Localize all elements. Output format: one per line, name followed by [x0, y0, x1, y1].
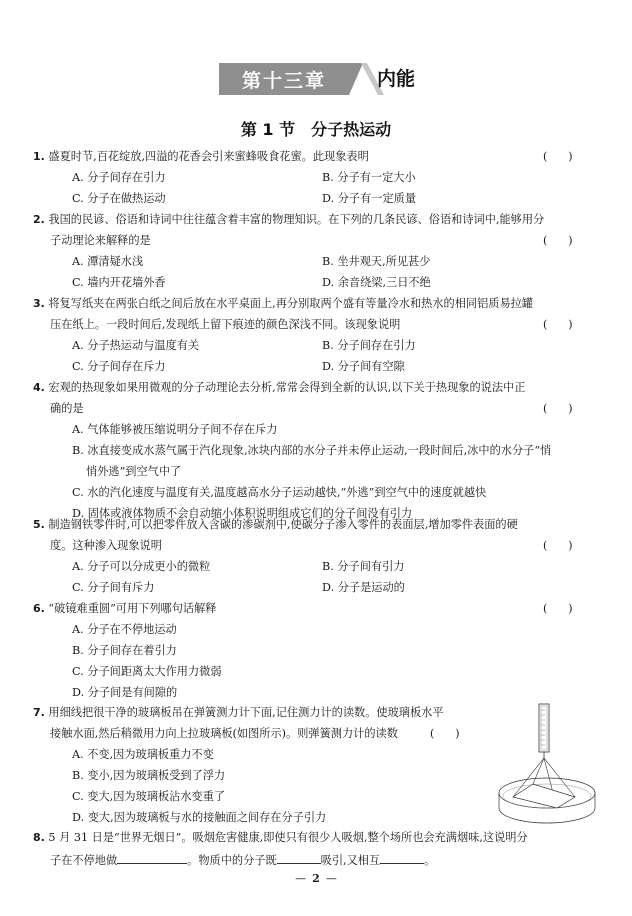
option-label: D. [72, 811, 84, 824]
option-c: C. 墙内开花墙外香 [72, 276, 166, 290]
option-d: D. 变大,因为玻璃板与水的接触面之间存在分子引力 [72, 811, 326, 825]
answer-paren[interactable]: ( ) [543, 539, 573, 552]
option-label: A. [72, 560, 84, 573]
option-text: 水的汽化速度与温度有关,温度越高水分子运动越快,“外逃”到空气中的速度就越快 [87, 486, 486, 499]
page-number-value: 2 [312, 872, 320, 885]
option-text: 分子有一定大小 [337, 171, 415, 184]
option-text: 不变,因为玻璃板重力不变 [87, 748, 214, 761]
option-d: D. 余音绕梁,三日不绝 [322, 276, 431, 290]
fill-blank-3[interactable] [380, 852, 424, 864]
stem-text: 。 [424, 854, 435, 867]
option-text: 分子间距离太大作用力微弱 [87, 665, 221, 678]
dash: — [295, 872, 306, 885]
option-b: B. 变小,因为玻璃板受到了浮力 [72, 769, 225, 783]
option-text: 分子间有引力 [337, 560, 404, 573]
option-text: 分子间存在引力 [337, 339, 415, 352]
option-c: C. 分子间存在斥力 [72, 360, 166, 374]
option-label: B. [322, 255, 334, 268]
option-label: D. [322, 276, 334, 289]
spring-scale-figure [495, 700, 600, 825]
option-d: D. 分子间有空隙 [322, 360, 405, 374]
option-label: A. [72, 339, 84, 352]
option-text: 分子在做热运动 [87, 192, 165, 205]
option-text: 墙内开花墙外香 [87, 276, 165, 289]
option-c: C. 分子间有斥力 [72, 581, 154, 595]
question-stem-cont: 压在纸上。一段时间后,发现纸上留下痕迹的颜色深浅不同。该现象说明 [50, 318, 400, 332]
option-label: C. [72, 486, 84, 499]
option-text: 分子可以分成更小的微粒 [87, 560, 210, 573]
option-label: D. [72, 686, 84, 699]
option-text: 分子热运动与温度有关 [87, 339, 199, 352]
question-number: 4. [33, 381, 45, 394]
question-number: 8. [33, 831, 45, 844]
option-text: 变小,因为玻璃板受到了浮力 [87, 769, 225, 782]
option-label: D. [322, 360, 334, 373]
option-text: 分子间有斥力 [87, 581, 154, 594]
option-b-cont: 悄外逃”到空气中了 [86, 465, 181, 479]
question-stem: 我国的民谚、俗语和诗词中往往蕴含着丰富的物理知识。在下列的几条民谚、俗语和诗词中… [48, 213, 544, 226]
option-label: C. [72, 665, 84, 678]
option-label: D. [322, 192, 334, 205]
question-number: 3. [33, 297, 45, 310]
question-number: 1. [33, 150, 45, 163]
option-b: B. 冰直接变成水蒸气属于汽化现象,冰块内部的水分子并未停止运动,一段时间后,冰… [72, 444, 551, 458]
option-label: A. [72, 171, 84, 184]
chapter-number: 第十三章 [219, 63, 349, 95]
option-text: 余音绕梁,三日不绝 [338, 276, 431, 289]
question-stem: “破镜难重圆”可用下列哪句话解释 [48, 602, 216, 615]
section-name: 分子热运动 [311, 120, 391, 139]
fill-blank-2[interactable] [277, 852, 321, 864]
option-c: C. 变大,因为玻璃板沾水变重了 [72, 790, 225, 804]
option-label: B. [72, 444, 84, 457]
option-a: A. 潭清疑水浅 [72, 255, 143, 269]
option-b: B. 分子有一定大小 [322, 171, 416, 185]
question-stem: 5 月 31 日是“世界无烟日”。吸烟危害健康,即使只有很少人吸烟,整个场所也会… [48, 831, 527, 844]
question-number: 6. [33, 602, 45, 615]
option-a: A. 分子间存在引力 [72, 171, 166, 185]
question-number: 2. [33, 213, 45, 226]
option-a: A. 分子可以分成更小的微粒 [72, 560, 210, 574]
option-text: 分子间存在着引力 [87, 644, 177, 657]
section-number: 第 1 节 [241, 120, 295, 139]
option-d: D. 分子间是有间隙的 [72, 686, 177, 700]
question-stem: 将复写纸夹在两张白纸之间后放在水平桌面上,再分别取两个盛有等量冷水和热水的相同铝… [48, 297, 533, 310]
option-text: 变大,因为玻璃板与水的接触面之间存在分子引力 [88, 811, 327, 824]
question-stem: 用细线把很干净的玻璃板吊在弹簧测力计下面,记住测力计的读数。使玻璃板水平 [48, 706, 443, 719]
question-stem-cont: 子在不停地做。物质中的分子既吸引,又相互。 [50, 852, 435, 868]
option-text: 分子间有空隙 [338, 360, 405, 373]
option-text: 变大,因为玻璃板沾水变重了 [87, 790, 225, 803]
dash: — [326, 872, 337, 885]
question-stem: 盛夏时节,百花绽放,四溢的花香会引来蜜蜂吸食花蜜。此现象表明 [48, 150, 368, 163]
question-stem-cont: 子动理论来解释的是 [50, 234, 151, 248]
option-text: 气体能够被压缩说明分子间不存在斥力 [87, 423, 277, 436]
option-label: C. [72, 790, 84, 803]
option-label: A. [72, 423, 84, 436]
option-label: A. [72, 748, 84, 761]
option-text: 分子间是有间隙的 [88, 686, 178, 699]
option-text: 冰直接变成水蒸气属于汽化现象,冰块内部的水分子并未停止运动,一段时间后,冰中的水… [87, 444, 551, 457]
option-d: D. 分子是运动的 [322, 581, 405, 595]
option-text: 分子是运动的 [338, 581, 405, 594]
answer-paren[interactable]: ( ) [543, 234, 573, 247]
answer-paren[interactable]: ( ) [543, 318, 573, 331]
option-b: B. 分子间存在着引力 [72, 644, 177, 658]
question-stem: 宏观的热现象如果用微观的分子动理论去分析,常常会得到全新的认识,以下关于热现象的… [48, 381, 525, 394]
answer-paren[interactable]: ( ) [543, 150, 573, 163]
fill-blank-1[interactable] [117, 852, 187, 864]
option-text: 分子间存在斥力 [87, 360, 165, 373]
option-text: 分子在不停地运动 [87, 623, 177, 636]
question-stem-cont: 接触水面,然后稍微用力向上拉玻璃板(如图所示)。则弹簧测力计的读数 [50, 727, 398, 741]
option-label: B. [322, 171, 334, 184]
question-stem-cont: 确的是 [50, 402, 84, 416]
option-a: A. 气体能够被压缩说明分子间不存在斥力 [72, 423, 277, 437]
option-b: B. 分子间存在引力 [322, 339, 416, 353]
option-c: C. 分子间距离太大作用力微弱 [72, 665, 222, 679]
option-text: 坐井观天,所见甚少 [337, 255, 430, 268]
option-text: 分子间存在引力 [87, 171, 165, 184]
stem-text: 吸引,又相互 [321, 854, 381, 867]
stem-text: 。物质中的分子既 [187, 854, 277, 867]
question-number: 7. [33, 706, 45, 719]
answer-paren[interactable]: ( ) [543, 602, 573, 615]
option-text: 分子有一定质量 [338, 192, 416, 205]
stem-text: 子在不停地做 [50, 854, 117, 867]
option-b: B. 分子间有引力 [322, 560, 404, 574]
option-label: B. [322, 560, 334, 573]
option-c: C. 水的汽化速度与温度有关,温度越高水分子运动越快,“外逃”到空气中的速度就越… [72, 486, 486, 500]
option-label: C. [72, 276, 84, 289]
option-label: C. [72, 360, 84, 373]
option-label: A. [72, 623, 84, 636]
chapter-banner: 第十三章 内能 [219, 63, 349, 95]
question-number: 5. [33, 518, 45, 531]
option-label: A. [72, 255, 84, 268]
option-a: A. 分子在不停地运动 [72, 623, 177, 637]
option-d: D. 分子有一定质量 [322, 192, 416, 206]
option-label: B. [72, 769, 84, 782]
answer-paren[interactable]: ( ) [543, 402, 573, 415]
question-stem: 制造钢铁零件时,可以把零件放入含碳的渗碳剂中,使碳分子渗入零件的表面层,增加零件… [48, 518, 517, 531]
chapter-title: 内能 [377, 63, 415, 95]
option-a: A. 分子热运动与温度有关 [72, 339, 199, 353]
answer-paren[interactable]: ( ) [430, 727, 460, 740]
option-b: B. 坐井观天,所见甚少 [322, 255, 430, 269]
option-label: B. [72, 644, 84, 657]
option-label: B. [322, 339, 334, 352]
option-label: C. [72, 581, 84, 594]
option-a: A. 不变,因为玻璃板重力不变 [72, 748, 214, 762]
question-stem-cont: 度。这种渗入现象说明 [50, 539, 162, 553]
option-label: D. [322, 581, 334, 594]
option-label: C. [72, 192, 84, 205]
option-text: 潭清疑水浅 [87, 255, 143, 268]
option-c: C. 分子在做热运动 [72, 192, 166, 206]
page-number: —2— [0, 872, 632, 885]
section-title: 第 1 节分子热运动 [0, 117, 632, 140]
